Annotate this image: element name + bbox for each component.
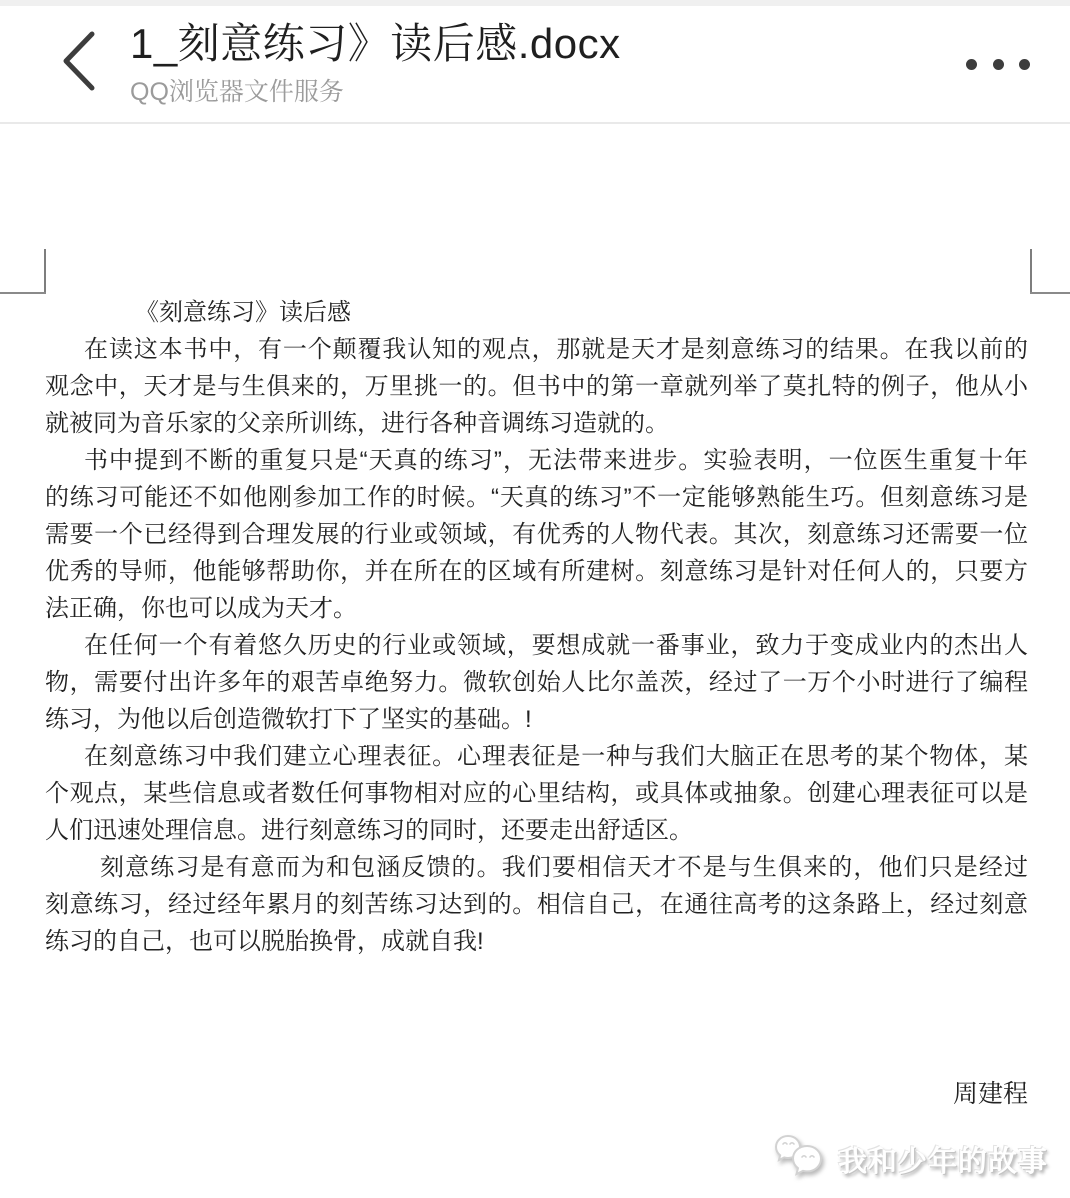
more-menu-icon bbox=[1019, 59, 1030, 70]
document-line: 优秀的导师，他能够帮助你，并在所在的区域有所建树。刻意练习是针对任何人的，只要方 bbox=[45, 553, 1028, 590]
page-subtitle: QQ浏览器文件服务 bbox=[130, 76, 830, 108]
app-header: 1_刻意练习》读后感.docx QQ浏览器文件服务 bbox=[0, 6, 1070, 124]
more-menu-icon bbox=[966, 59, 977, 70]
back-chevron-icon bbox=[58, 29, 98, 98]
document-line: 物，需要付出许多年的艰苦卓绝努力。微软创始人比尔盖茨，经过了一万个小时进行了编程 bbox=[45, 664, 1028, 701]
document-line: 在读这本书中，有一个颠覆我认知的观点，那就是天才是刻意练习的结果。在我以前的 bbox=[45, 331, 1028, 368]
document-line: 观念中，天才是与生俱来的，万里挑一的。但书中的第一章就列举了莫扎特的例子，他从小 bbox=[45, 368, 1028, 405]
crop-mark-top-right bbox=[1030, 249, 1070, 295]
document-line: 就被同为音乐家的父亲所训练，进行各种音调练习造就的。 bbox=[45, 405, 1028, 442]
crop-mark-top-left bbox=[0, 249, 46, 295]
document-line: 刻意练习，经过经年累月的刻苦练习达到的。相信自己，在通往高考的这条路上，经过刻意 bbox=[45, 886, 1028, 923]
more-menu-icon bbox=[993, 59, 1004, 70]
document-line: 刻意练习是有意而为和包涵反馈的。我们要相信天才不是与生俱来的，他们只是经过 bbox=[45, 849, 1028, 886]
signature: 周建程 bbox=[45, 1076, 1028, 1113]
document-line: 法正确，你也可以成为天才。 bbox=[45, 590, 1028, 627]
watermark-text: 我和少年的故事 bbox=[838, 1139, 1048, 1180]
document-page: 《刻意练习》读后感在读这本书中，有一个颠覆我认知的观点，那就是天才是刻意练习的结… bbox=[0, 124, 1070, 1196]
back-button[interactable] bbox=[56, 30, 100, 96]
page-title: 1_刻意练习》读后感.docx bbox=[130, 16, 830, 72]
document-title-line: 《刻意练习》读后感 bbox=[45, 294, 1028, 331]
document-line: 的练习可能还不如他刚参加工作的时候。“天真的练习”不一定能够熟能生巧。但刻意练习… bbox=[45, 479, 1028, 516]
document-body: 《刻意练习》读后感在读这本书中，有一个颠覆我认知的观点，那就是天才是刻意练习的结… bbox=[45, 294, 1028, 960]
document-line: 书中提到不断的重复只是“天真的练习”，无法带来进步。实验表明，一位医生重复十年 bbox=[45, 442, 1028, 479]
document-line: 练习的自己，也可以脱胎换骨，成就自我! bbox=[45, 923, 1028, 960]
document-line: 在任何一个有着悠久历史的行业或领域，要想成就一番事业，致力于变成业内的杰出人 bbox=[45, 627, 1028, 664]
chat-bubbles-logo-icon bbox=[774, 1133, 826, 1186]
document-line: 练习，为他以后创造微软打下了坚实的基础。! bbox=[45, 701, 1028, 738]
document-line: 个观点，某些信息或者数任何事物相对应的心里结构，或具体或抽象。创建心理表征可以是 bbox=[45, 775, 1028, 812]
more-menu-button[interactable] bbox=[962, 42, 1034, 86]
watermark: 我和少年的故事 bbox=[774, 1133, 1048, 1186]
document-line: 人们迅速处理信息。进行刻意练习的同时，还要走出舒适区。 bbox=[45, 812, 1028, 849]
header-titles: 1_刻意练习》读后感.docx QQ浏览器文件服务 bbox=[130, 16, 830, 108]
document-line: 在刻意练习中我们建立心理表征。心理表征是一种与我们大脑正在思考的某个物体，某 bbox=[45, 738, 1028, 775]
document-line: 需要一个已经得到合理发展的行业或领域，有优秀的人物代表。其次，刻意练习还需要一位 bbox=[45, 516, 1028, 553]
